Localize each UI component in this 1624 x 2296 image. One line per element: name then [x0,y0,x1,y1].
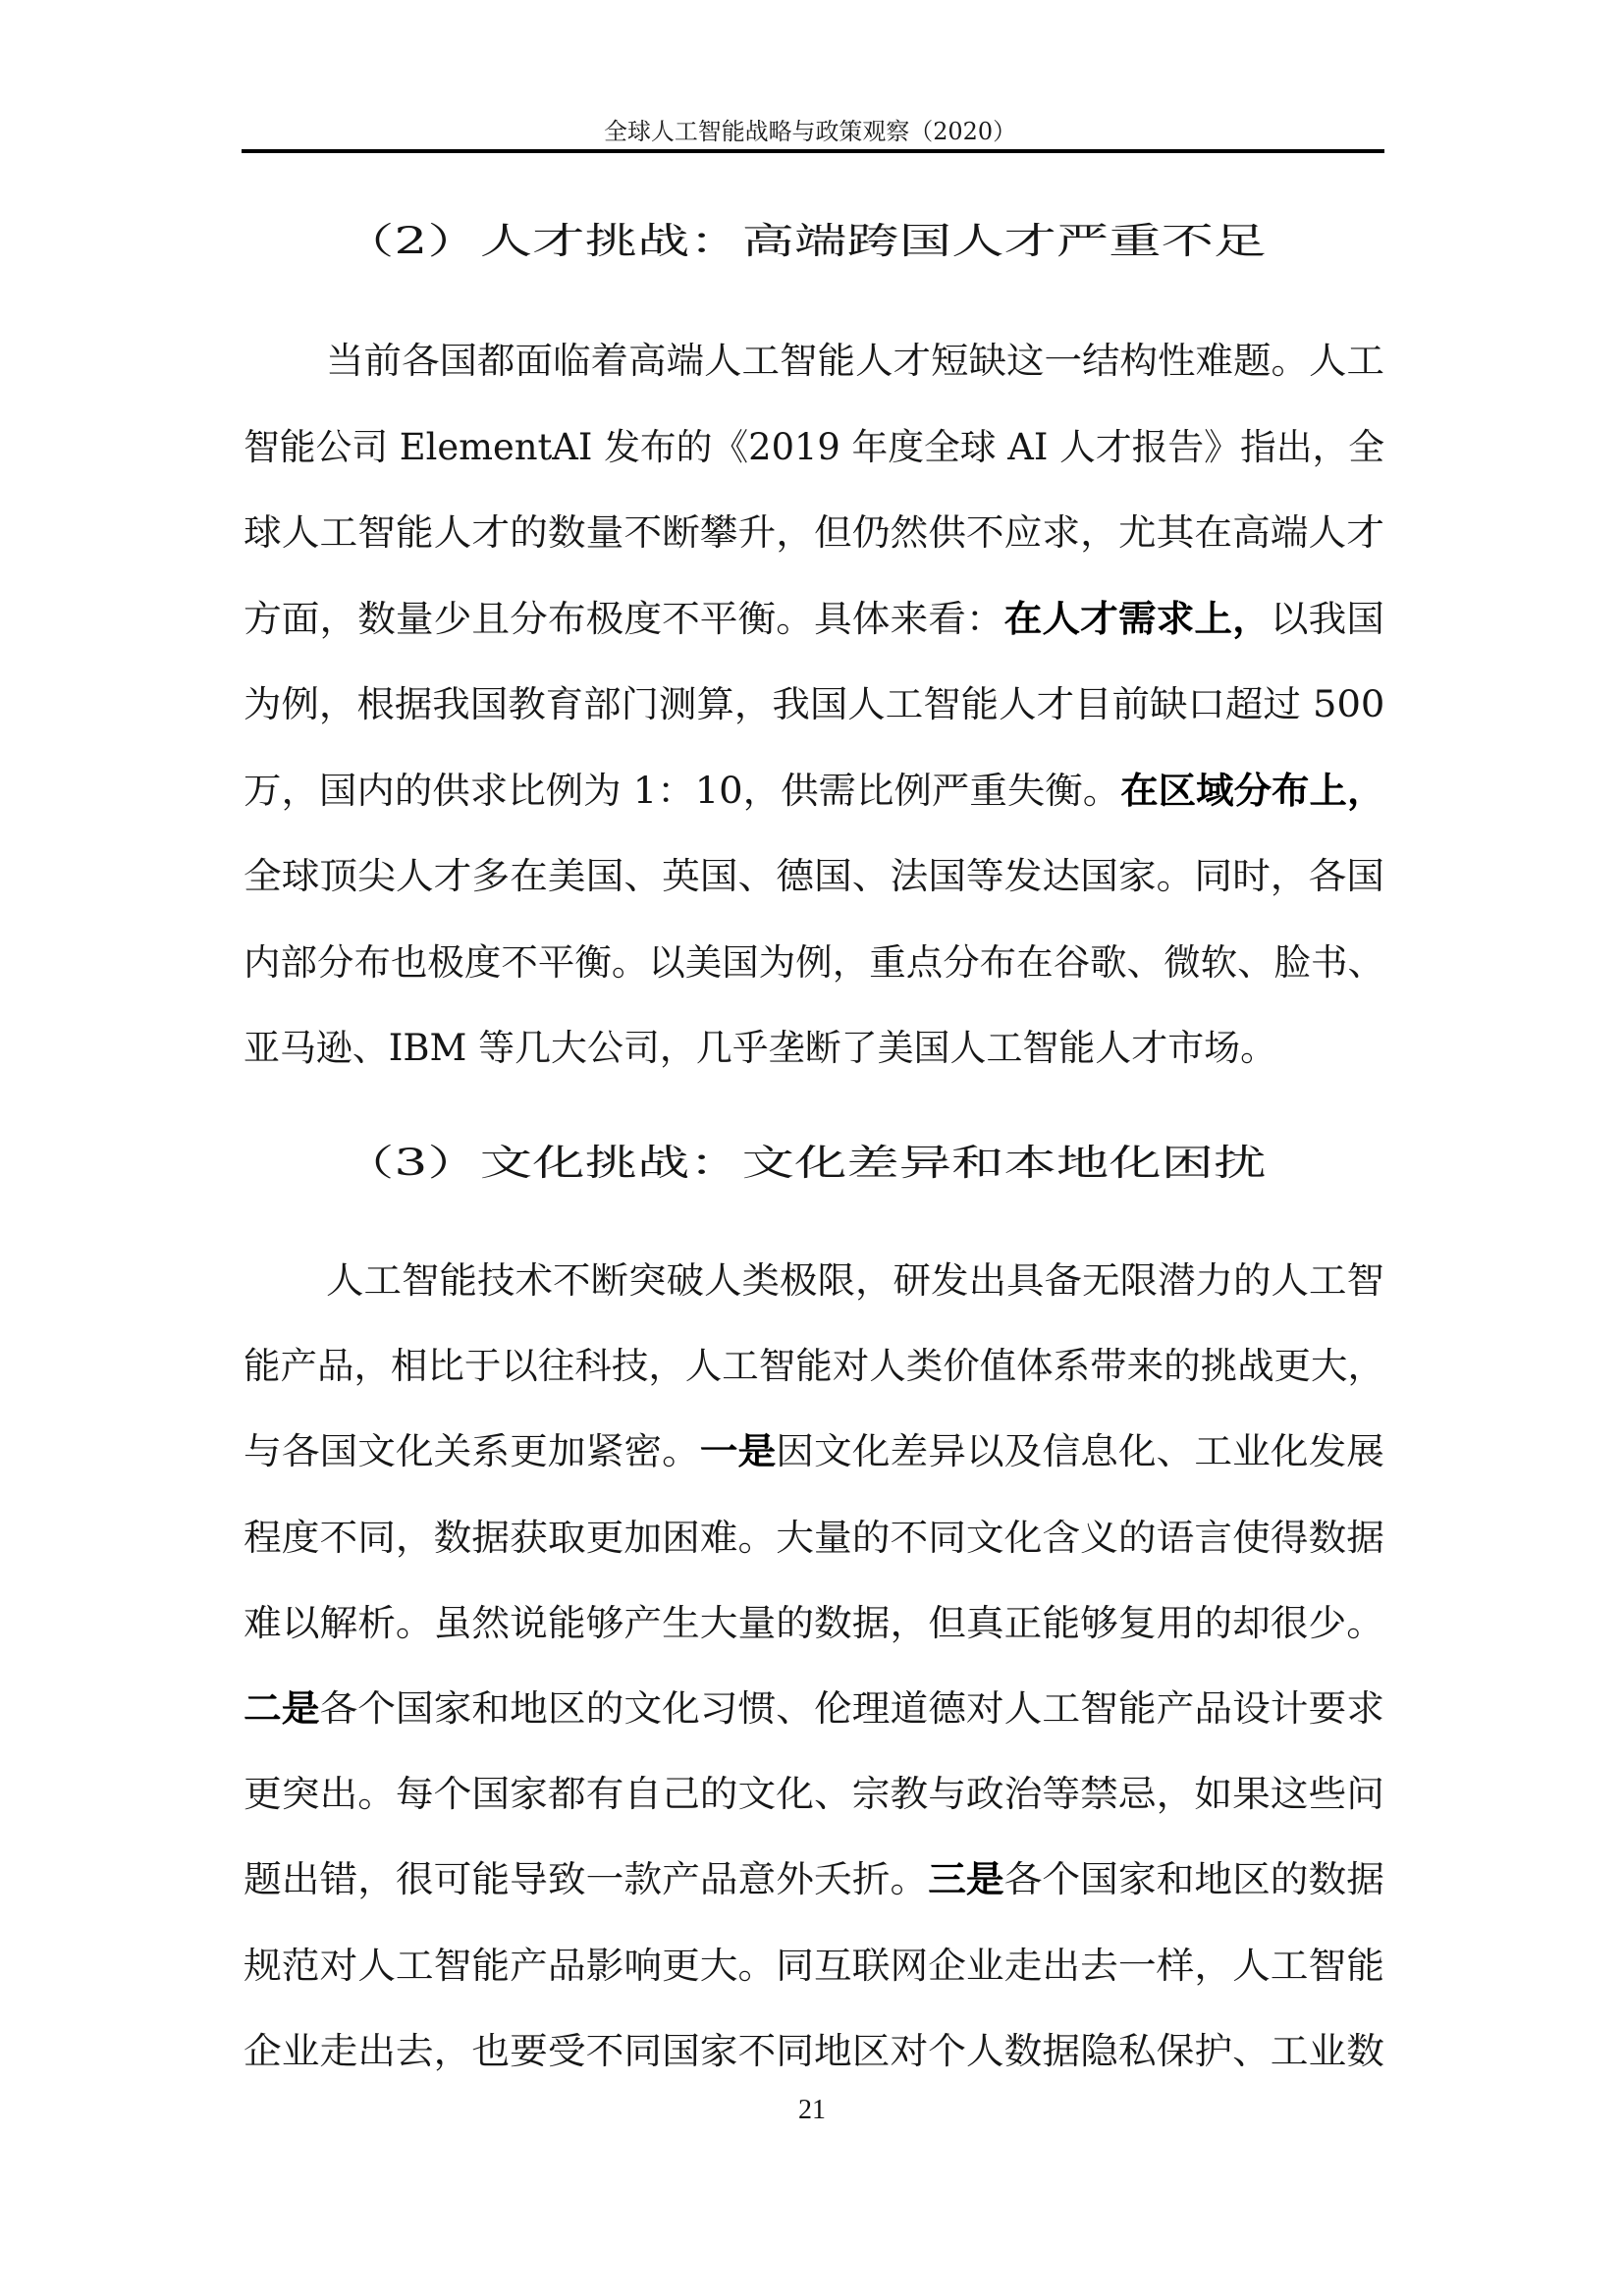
text-run: 程度不同，数据获取更加困难。大量的不同文化含义的语言使得数据 [244,1517,1384,1559]
paragraph-line: 题出错，很可能导致一款产品意外夭折。三是各个国家和地区的数据 [244,1852,1384,1907]
running-header-title: 全球人工智能战略与政策观察（2020） [604,118,1016,145]
text-run: 各个国家和地区的文化习惯、伦理道德对人工智能产品设计要求 [319,1687,1384,1730]
paragraph-line: 方面，数量少且分布极度不平衡。具体来看：在人才需求上，以我国 [244,592,1384,647]
header-rule [242,149,1384,153]
paragraph-line: 规范对人工智能产品影响更大。同互联网企业走出去一样，人工智能 [244,1939,1384,1994]
bold-emphasis: 三是 [928,1858,1003,1900]
bold-emphasis: 在人才需求上， [1004,598,1271,640]
paragraph-line: 程度不同，数据获取更加困难。大量的不同文化含义的语言使得数据 [244,1511,1384,1566]
page-number: 21 [785,2093,839,2128]
paragraph-line: 为例，根据我国教育部门测算，我国人工智能人才目前缺口超过 500 [244,677,1384,732]
text-run: 各个国家和地区的数据 [1004,1858,1384,1900]
text-run: 球人工智能人才的数量不断攀升，但仍然供不应求，尤其在高端人才 [244,511,1384,554]
text-run: 为例，根据我国教育部门测算，我国人工智能人才目前缺口超过 500 [244,683,1384,725]
text-run: 难以解析。虽然说能够产生大量的数据，但真正能够复用的却很少。 [244,1602,1384,1644]
text-run: 规范对人工智能产品影响更大。同互联网企业走出去一样，人工智能 [244,1945,1384,1987]
text-run: 更突出。每个国家都有自己的文化、宗教与政治等禁忌，如果这些问 [244,1773,1384,1815]
text-run: 内部分布也极度不平衡。以美国为例，重点分布在谷歌、微软、脸书、 [244,941,1384,984]
paragraph-line: 能产品，相比于以往科技，人工智能对人类价值体系带来的挑战更大， [244,1339,1384,1394]
text-run: 全球顶尖人才多在美国、英国、德国、法国等发达国家。同时，各国 [244,855,1384,897]
text-run: 万，国内的供求比例为 1：10，供需比例严重失衡。 [244,770,1120,812]
text-run: 人工智能技术不断突破人类极限，研发出具备无限潜力的人工智 [326,1259,1384,1302]
text-run: 当前各国都面临着高端人工智能人才短缺这一结构性难题。人工 [326,340,1384,382]
paragraph-line: 当前各国都面临着高端人工智能人才短缺这一结构性难题。人工 [326,334,1384,389]
paragraph-line: 二是各个国家和地区的文化习惯、伦理道德对人工智能产品设计要求 [244,1682,1384,1736]
text-run: 与各国文化关系更加紧密。 [244,1430,700,1472]
paragraph-line: 全球顶尖人才多在美国、英国、德国、法国等发达国家。同时，各国 [244,849,1384,904]
text-run: 亚马逊、IBM 等几大公司，几乎垄断了美国人工智能人才市场。 [244,1027,1276,1069]
text-run: 题出错，很可能导致一款产品意外夭折。 [244,1858,928,1900]
paragraph-line: 企业走出去，也要受不同国家不同地区对个人数据隐私保护、工业数 [244,2024,1384,2079]
section-heading-culture: （3）文化挑战：文化差异和本地化困扰 [342,1136,1267,1191]
paragraph-line: 万，国内的供求比例为 1：10，供需比例严重失衡。在区域分布上， [244,764,1384,819]
paragraph-line: 人工智能技术不断突破人类极限，研发出具备无限潜力的人工智 [326,1254,1384,1308]
paragraph-line: 内部分布也极度不平衡。以美国为例，重点分布在谷歌、微软、脸书、 [244,935,1384,990]
section-heading-talent: （2）人才挑战：高端跨国人才严重不足 [342,214,1267,269]
bold-emphasis: 一是 [700,1430,776,1472]
paragraph-line: 与各国文化关系更加紧密。一是因文化差异以及信息化、工业化发展 [244,1424,1384,1479]
paragraph-line: 球人工智能人才的数量不断攀升，但仍然供不应求，尤其在高端人才 [244,506,1384,561]
paragraph-line: 智能公司 ElementAI 发布的《2019 年度全球 AI 人才报告》指出，… [244,420,1384,475]
bold-emphasis: 在区域分布上， [1120,770,1384,812]
paragraph-line: 难以解析。虽然说能够产生大量的数据，但真正能够复用的却很少。 [244,1596,1384,1651]
page-header: 全球人工智能战略与政策观察（2020） [242,110,1384,153]
text-run: 以我国 [1271,598,1384,640]
text-run: 能产品，相比于以往科技，人工智能对人类价值体系带来的挑战更大， [244,1345,1384,1387]
paragraph-line: 更突出。每个国家都有自己的文化、宗教与政治等禁忌，如果这些问 [244,1767,1384,1822]
text-run: 智能公司 ElementAI 发布的《2019 年度全球 AI 人才报告》指出，… [244,426,1384,468]
text-run: 因文化差异以及信息化、工业化发展 [776,1430,1384,1472]
bold-emphasis: 二是 [244,1687,319,1730]
text-run: 方面，数量少且分布极度不平衡。具体来看： [244,598,1004,640]
text-run: 企业走出去，也要受不同国家不同地区对个人数据隐私保护、工业数 [244,2030,1384,2072]
paragraph-line: 亚马逊、IBM 等几大公司，几乎垄断了美国人工智能人才市场。 [244,1021,1384,1076]
